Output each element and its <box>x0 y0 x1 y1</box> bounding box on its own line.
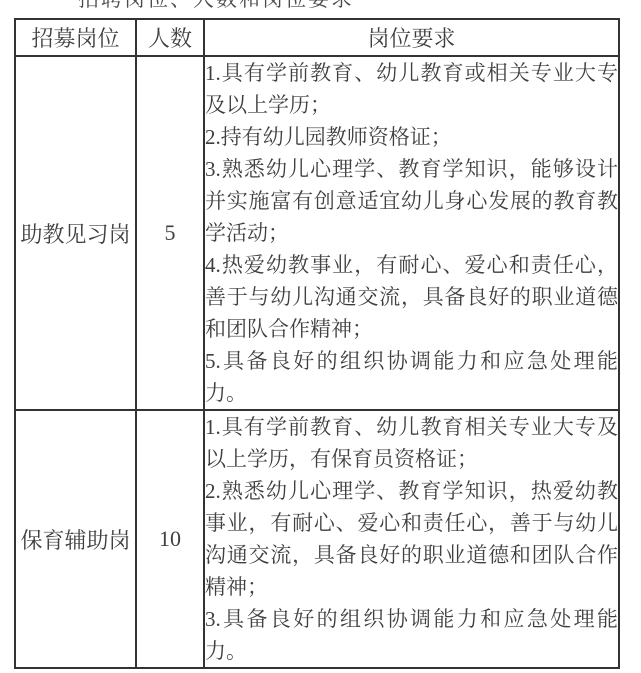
header-requirements: 岗位要求 <box>204 19 619 56</box>
header-position: 招募岗位 <box>15 19 136 56</box>
page: 招聘岗位、人数和岗位要求 招募岗位 人数 岗位要求 助教见习岗 5 1.具有学前… <box>0 0 641 673</box>
requirement-item: 1.具有学前教育、幼儿教育或相关专业大专及以上学历； <box>205 57 618 121</box>
count-cell: 5 <box>136 56 204 410</box>
header-count: 人数 <box>136 19 204 56</box>
requirement-item: 2.熟悉幼儿心理学、教育学知识，热爱幼教事业，有耐心、爱心和责任心，善于与幼儿沟… <box>205 475 618 603</box>
table-header-row: 招募岗位 人数 岗位要求 <box>15 19 619 56</box>
requirements-cell: 1.具有学前教育、幼儿教育相关专业大专及以上学历，有保育员资格证；2.熟悉幼儿心… <box>204 410 619 668</box>
requirement-item: 5.具备良好的组织协调能力和应急处理能力。 <box>205 345 618 409</box>
requirements-cell: 1.具有学前教育、幼儿教育或相关专业大专及以上学历；2.持有幼儿园教师资格证；3… <box>204 56 619 410</box>
position-cell: 保育辅助岗 <box>15 410 136 668</box>
requirement-item: 2.持有幼儿园教师资格证； <box>205 121 618 153</box>
recruitment-table: 招募岗位 人数 岗位要求 助教见习岗 5 1.具有学前教育、幼儿教育或相关专业大… <box>14 18 620 669</box>
table-row: 助教见习岗 5 1.具有学前教育、幼儿教育或相关专业大专及以上学历；2.持有幼儿… <box>15 56 619 410</box>
clipped-heading: 招聘岗位、人数和岗位要求 <box>78 0 498 8</box>
requirement-item: 3.熟悉幼儿心理学、教育学知识，能够设计并实施富有创意适宜幼儿身心发展的教育教学… <box>205 153 618 249</box>
requirement-item: 4.热爱幼教事业，有耐心、爱心和责任心，善于与幼儿沟通交流，具备良好的职业道德和… <box>205 249 618 345</box>
requirement-item: 3.具备良好的组织协调能力和应急处理能力。 <box>205 603 618 667</box>
requirement-item: 1.具有学前教育、幼儿教育相关专业大专及以上学历，有保育员资格证； <box>205 411 618 475</box>
table-row: 保育辅助岗 10 1.具有学前教育、幼儿教育相关专业大专及以上学历，有保育员资格… <box>15 410 619 668</box>
count-cell: 10 <box>136 410 204 668</box>
position-cell: 助教见习岗 <box>15 56 136 410</box>
clipped-heading-text: 招聘岗位、人数和岗位要求 <box>78 0 498 8</box>
